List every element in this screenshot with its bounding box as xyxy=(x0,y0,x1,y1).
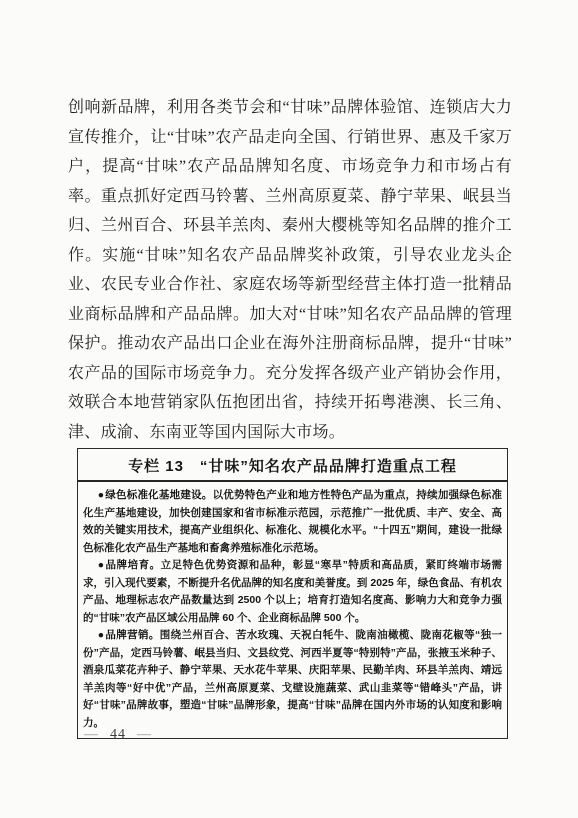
feature-box-column-13: 专栏 13 “甘味”知名农产品品牌打造重点工程 ●绿色标准化基地建设。以优势特色… xyxy=(77,448,508,739)
feature-box-bullet: ●绿色标准化基地建设。以优势特色产业和地方性特色产品为重点，持续加强绿色标准化生… xyxy=(83,487,502,557)
page-number-dash-right: — xyxy=(137,727,152,742)
body-text-line: 归、兰州百合、环县羊羔肉、秦州大樱桃等知名品牌的推介工 xyxy=(68,211,512,241)
body-text-line: 率。重点抓好定西马铃薯、兰州高原夏菜、静宁苹果、岷县当 xyxy=(68,182,512,212)
document-page: 创响新品牌，利用各类节会和“甘味”品牌体验馆、连锁店大力 宣传推介，让“甘味”农… xyxy=(0,0,578,818)
body-text-line: 作。实施“甘味”知名农产品品牌奖补政策，引导农业龙头企 xyxy=(68,241,512,271)
page-number: —44— xyxy=(84,727,152,743)
bullet-icon: ● xyxy=(98,559,106,571)
feature-box-bullet: ●品牌培育。立足特色优势资源和品种，彰显“寒旱”特质和高品质，紧盯终端市场需求，… xyxy=(83,557,502,627)
body-text-line: 宣传推介，让“甘味”农产品走向全国、行销世界、惠及千家万 xyxy=(68,123,512,153)
body-text-line: 业、农民专业合作社、家庭农场等新型经营主体打造一批精品企 xyxy=(68,270,512,300)
feature-box-bullet: ●品牌营销。围绕兰州百合、苦水玫瑰、天祝白牦牛、陇南油橄榄、陇南花椒等“独一份”… xyxy=(83,627,502,732)
body-text: 创响新品牌，利用各类节会和“甘味”品牌体验馆、连锁店大力 宣传推介，让“甘味”农… xyxy=(68,93,512,447)
body-text-line: 农产品的国际市场竞争力。充分发挥各级产业产销协会作用，有 xyxy=(68,359,512,389)
body-text-line: 津、成渝、东南亚等国内国际大市场。 xyxy=(68,418,512,448)
feature-box-content: ●绿色标准化基地建设。以优势特色产业和地方性特色产品为重点，持续加强绿色标准化生… xyxy=(78,482,507,738)
page-number-value: 44 xyxy=(110,727,126,742)
body-text-line: 户，提高“甘味”农产品品牌知名度、市场竞争力和市场占有 xyxy=(68,152,512,182)
bullet-text: 围绕兰州百合、苦水玫瑰、天祝白牦牛、陇南油橄榄、陇南花椒等“独一份”产品，定西马… xyxy=(83,629,502,729)
body-text-line: 创响新品牌，利用各类节会和“甘味”品牌体验馆、连锁店大力 xyxy=(68,93,512,123)
bullet-lead: 品牌营销。 xyxy=(105,629,159,641)
body-text-line: 保护。推动农产品出口企业在海外注册商标品牌，提升“甘味” xyxy=(68,329,512,359)
body-text-line: 效联合本地营销家队伍抱团出省，持续开拓粤港澳、长三角、京 xyxy=(68,388,512,418)
page-number-dash-left: — xyxy=(84,727,99,742)
body-text-line: 业商标品牌和产品品牌。加大对“甘味”知名农产品品牌的管理 xyxy=(68,300,512,330)
bullet-lead: 品牌培育。 xyxy=(106,559,161,571)
feature-box-title: 专栏 13 “甘味”知名农产品品牌打造重点工程 xyxy=(78,449,507,482)
bullet-lead: 绿色标准化基地建设。 xyxy=(105,489,212,501)
